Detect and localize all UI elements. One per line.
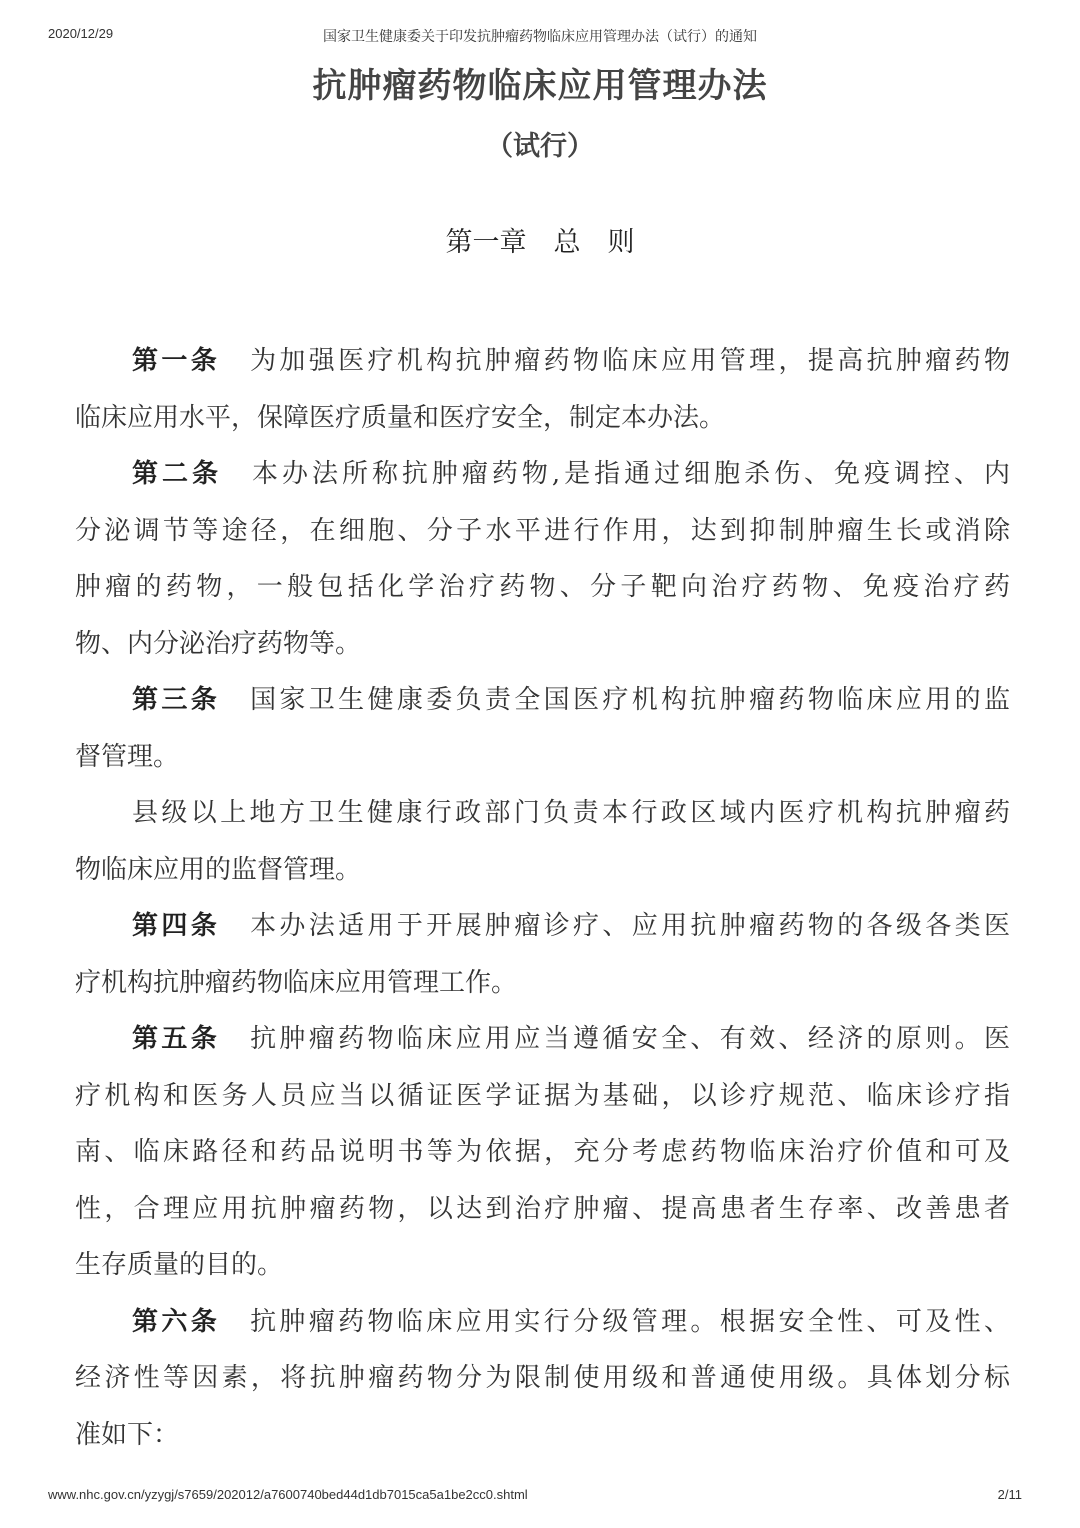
article-line: 生存质量的目的。: [75, 1237, 1010, 1294]
source-url: www.nhc.gov.cn/yzygj/s7659/202012/a76007…: [48, 1487, 528, 1502]
article-line: 第二条本办法所称抗肿瘤药物,是指通过细胞杀伤、免疫调控、内: [75, 446, 1010, 503]
article-label: 第一条: [132, 346, 220, 376]
article-line: 第四条本办法适用于开展肿瘤诊疗、应用抗肿瘤药物的各级各类医: [75, 898, 1010, 955]
article-line: 肿瘤的药物，一般包括化学治疗药物、分子靶向治疗药物、免疫治疗药: [75, 559, 1010, 616]
article-1: 第一条为加强医疗机构抗肿瘤药物临床应用管理，提高抗肿瘤药物 临床应用水平，保障医…: [75, 333, 1010, 446]
article-line: 分泌调节等途径，在细胞、分子水平进行作用，达到抑制肿瘤生长或消除: [75, 503, 1010, 560]
article-line: 第一条为加强医疗机构抗肿瘤药物临床应用管理，提高抗肿瘤药物: [75, 333, 1010, 390]
article-line: 第三条国家卫生健康委负责全国医疗机构抗肿瘤药物临床应用的监: [75, 672, 1010, 729]
article-label: 第五条: [132, 1024, 220, 1054]
article-line: 物、内分泌治疗药物等。: [75, 616, 1010, 673]
article-line: 督管理。: [75, 729, 1010, 786]
article-label: 第四条: [132, 911, 220, 941]
article-line: 临床应用水平，保障医疗质量和医疗安全，制定本办法。: [75, 390, 1010, 447]
print-page-title: 国家卫生健康委关于印发抗肿瘤药物临床应用管理办法（试行）的通知: [0, 26, 1080, 46]
article-5: 第五条抗肿瘤药物临床应用应当遵循安全、有效、经济的原则。医 疗机构和医务人员应当…: [75, 1011, 1010, 1294]
document-title: 抗肿瘤药物临床应用管理办法: [0, 58, 1080, 107]
article-label: 第三条: [132, 685, 220, 715]
article-line: 疗机构抗肿瘤药物临床应用管理工作。: [75, 955, 1010, 1012]
article-line: 南、临床路径和药品说明书等为依据，充分考虑药物临床治疗价值和可及: [75, 1124, 1010, 1181]
article-line: 第六条抗肿瘤药物临床应用实行分级管理。根据安全性、可及性、: [75, 1294, 1010, 1351]
article-line: 准如下：: [75, 1407, 1010, 1464]
article-3: 第三条国家卫生健康委负责全国医疗机构抗肿瘤药物临床应用的监 督管理。 县级以上地…: [75, 672, 1010, 898]
article-label: 第二条: [132, 459, 222, 489]
chapter-heading: 第一章 总 则: [0, 220, 1080, 259]
document-body: 第一条为加强医疗机构抗肿瘤药物临床应用管理，提高抗肿瘤药物 临床应用水平，保障医…: [75, 333, 1010, 1463]
article-line: 县级以上地方卫生健康行政部门负责本行政区域内医疗机构抗肿瘤药: [75, 785, 1010, 842]
document-subtitle: （试行）: [0, 124, 1080, 163]
article-4: 第四条本办法适用于开展肿瘤诊疗、应用抗肿瘤药物的各级各类医 疗机构抗肿瘤药物临床…: [75, 898, 1010, 1011]
article-2: 第二条本办法所称抗肿瘤药物,是指通过细胞杀伤、免疫调控、内 分泌调节等途径，在细…: [75, 446, 1010, 672]
article-6: 第六条抗肿瘤药物临床应用实行分级管理。根据安全性、可及性、 经济性等因素，将抗肿…: [75, 1294, 1010, 1464]
article-line: 经济性等因素，将抗肿瘤药物分为限制使用级和普通使用级。具体划分标: [75, 1350, 1010, 1407]
article-line: 疗机构和医务人员应当以循证医学证据为基础，以诊疗规范、临床诊疗指: [75, 1068, 1010, 1125]
article-line: 性，合理应用抗肿瘤药物，以达到治疗肿瘤、提高患者生存率、改善患者: [75, 1181, 1010, 1238]
article-line: 第五条抗肿瘤药物临床应用应当遵循安全、有效、经济的原则。医: [75, 1011, 1010, 1068]
article-label: 第六条: [132, 1307, 220, 1337]
page-number: 2/11: [998, 1487, 1022, 1502]
article-line: 物临床应用的监督管理。: [75, 842, 1010, 899]
